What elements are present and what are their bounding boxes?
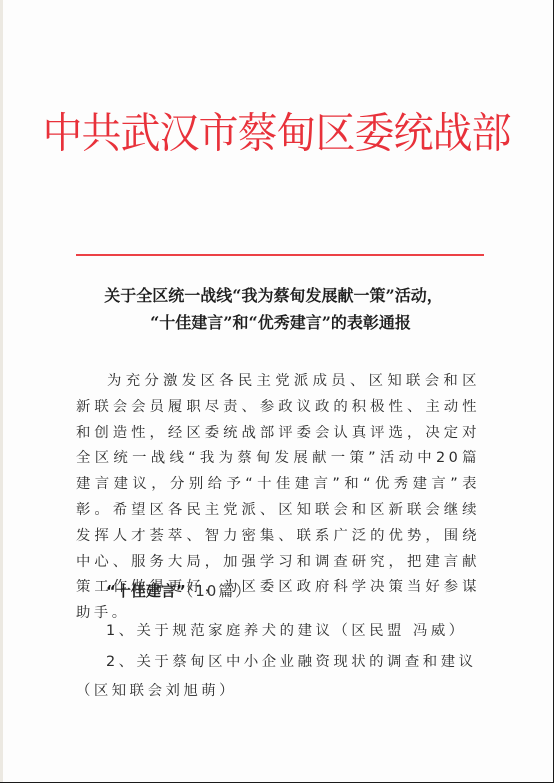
document-title-line-1: 关于全区统一战线“我为蔡甸发展献一策”活动， (0, 282, 553, 309)
section-heading-top-ten: “十佳建言”（10篇） (106, 578, 252, 604)
document-title-line-2: “十佳建言”和“优秀建言”的表彰通报 (0, 309, 553, 336)
document-title: 关于全区统一战线“我为蔡甸发展献一策”活动， “十佳建言”和“优秀建言”的表彰通… (0, 282, 553, 336)
masthead-red-header: 中共武汉市蔡甸区委统战部 (0, 107, 553, 162)
section-heading-label: “十佳建言” (106, 582, 186, 600)
section-heading-count: （10篇） (186, 582, 253, 600)
red-divider-line (76, 254, 484, 256)
document-page: 中共武汉市蔡甸区委统战部 关于全区统一战线“我为蔡甸发展献一策”活动， “十佳建… (0, 0, 554, 783)
list-item: 1、关于规范家庭养犬的建议（区民盟 冯威） (76, 617, 480, 646)
list-item: 2、关于蔡甸区中小企业融资现状的调查和建议（区知联会刘旭萌） (76, 648, 480, 706)
